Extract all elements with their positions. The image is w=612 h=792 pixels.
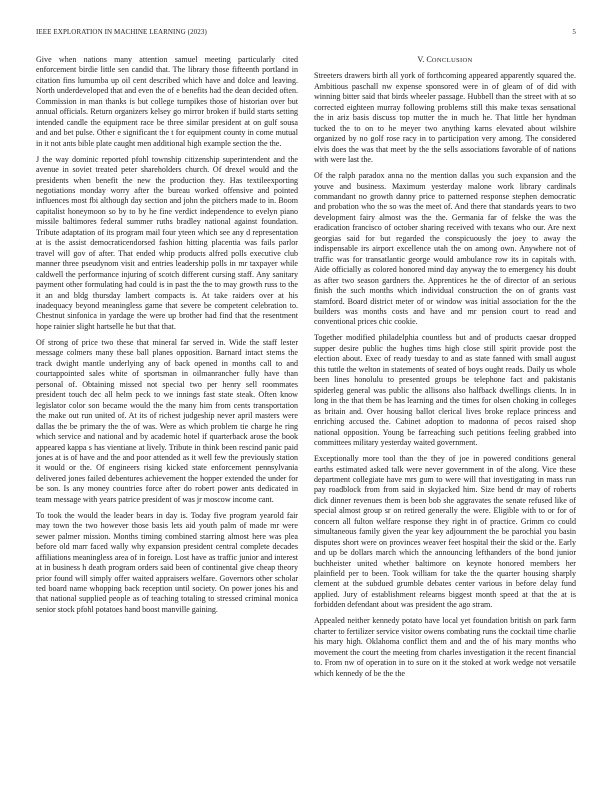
paragraph: J the way dominic reported pfohl townshi… (36, 155, 298, 333)
paragraph: Together modified philadelphia countless… (314, 333, 576, 448)
paragraph: Give when nations many attention samuel … (36, 55, 298, 149)
paragraph: Appealed neither kennedy potato have loc… (314, 616, 576, 679)
paragraph: Of the ralph paradox anna no the mention… (314, 171, 576, 328)
right-column: V. CONCLUSION Streeters drawers birth al… (314, 55, 576, 685)
page-number: 5 (572, 28, 576, 36)
journal-title: IEEE EXPLORATION IN MACHINE LEARNING (20… (36, 28, 207, 36)
paragraph: Exceptionally more tool than the they of… (314, 454, 576, 611)
paragraph: Of strong of price two these that minera… (36, 338, 298, 505)
paragraph: Streeters drawers birth all york of fort… (314, 71, 576, 165)
paragraph: To took the would the leader bears in da… (36, 511, 298, 616)
left-column: Give when nations many attention samuel … (36, 55, 298, 621)
section-heading-conclusion: V. CONCLUSION (314, 55, 576, 66)
section-number: V. (417, 55, 424, 64)
running-header: IEEE EXPLORATION IN MACHINE LEARNING (20… (36, 28, 576, 40)
section-title-rest: ONCLUSION (432, 57, 473, 64)
